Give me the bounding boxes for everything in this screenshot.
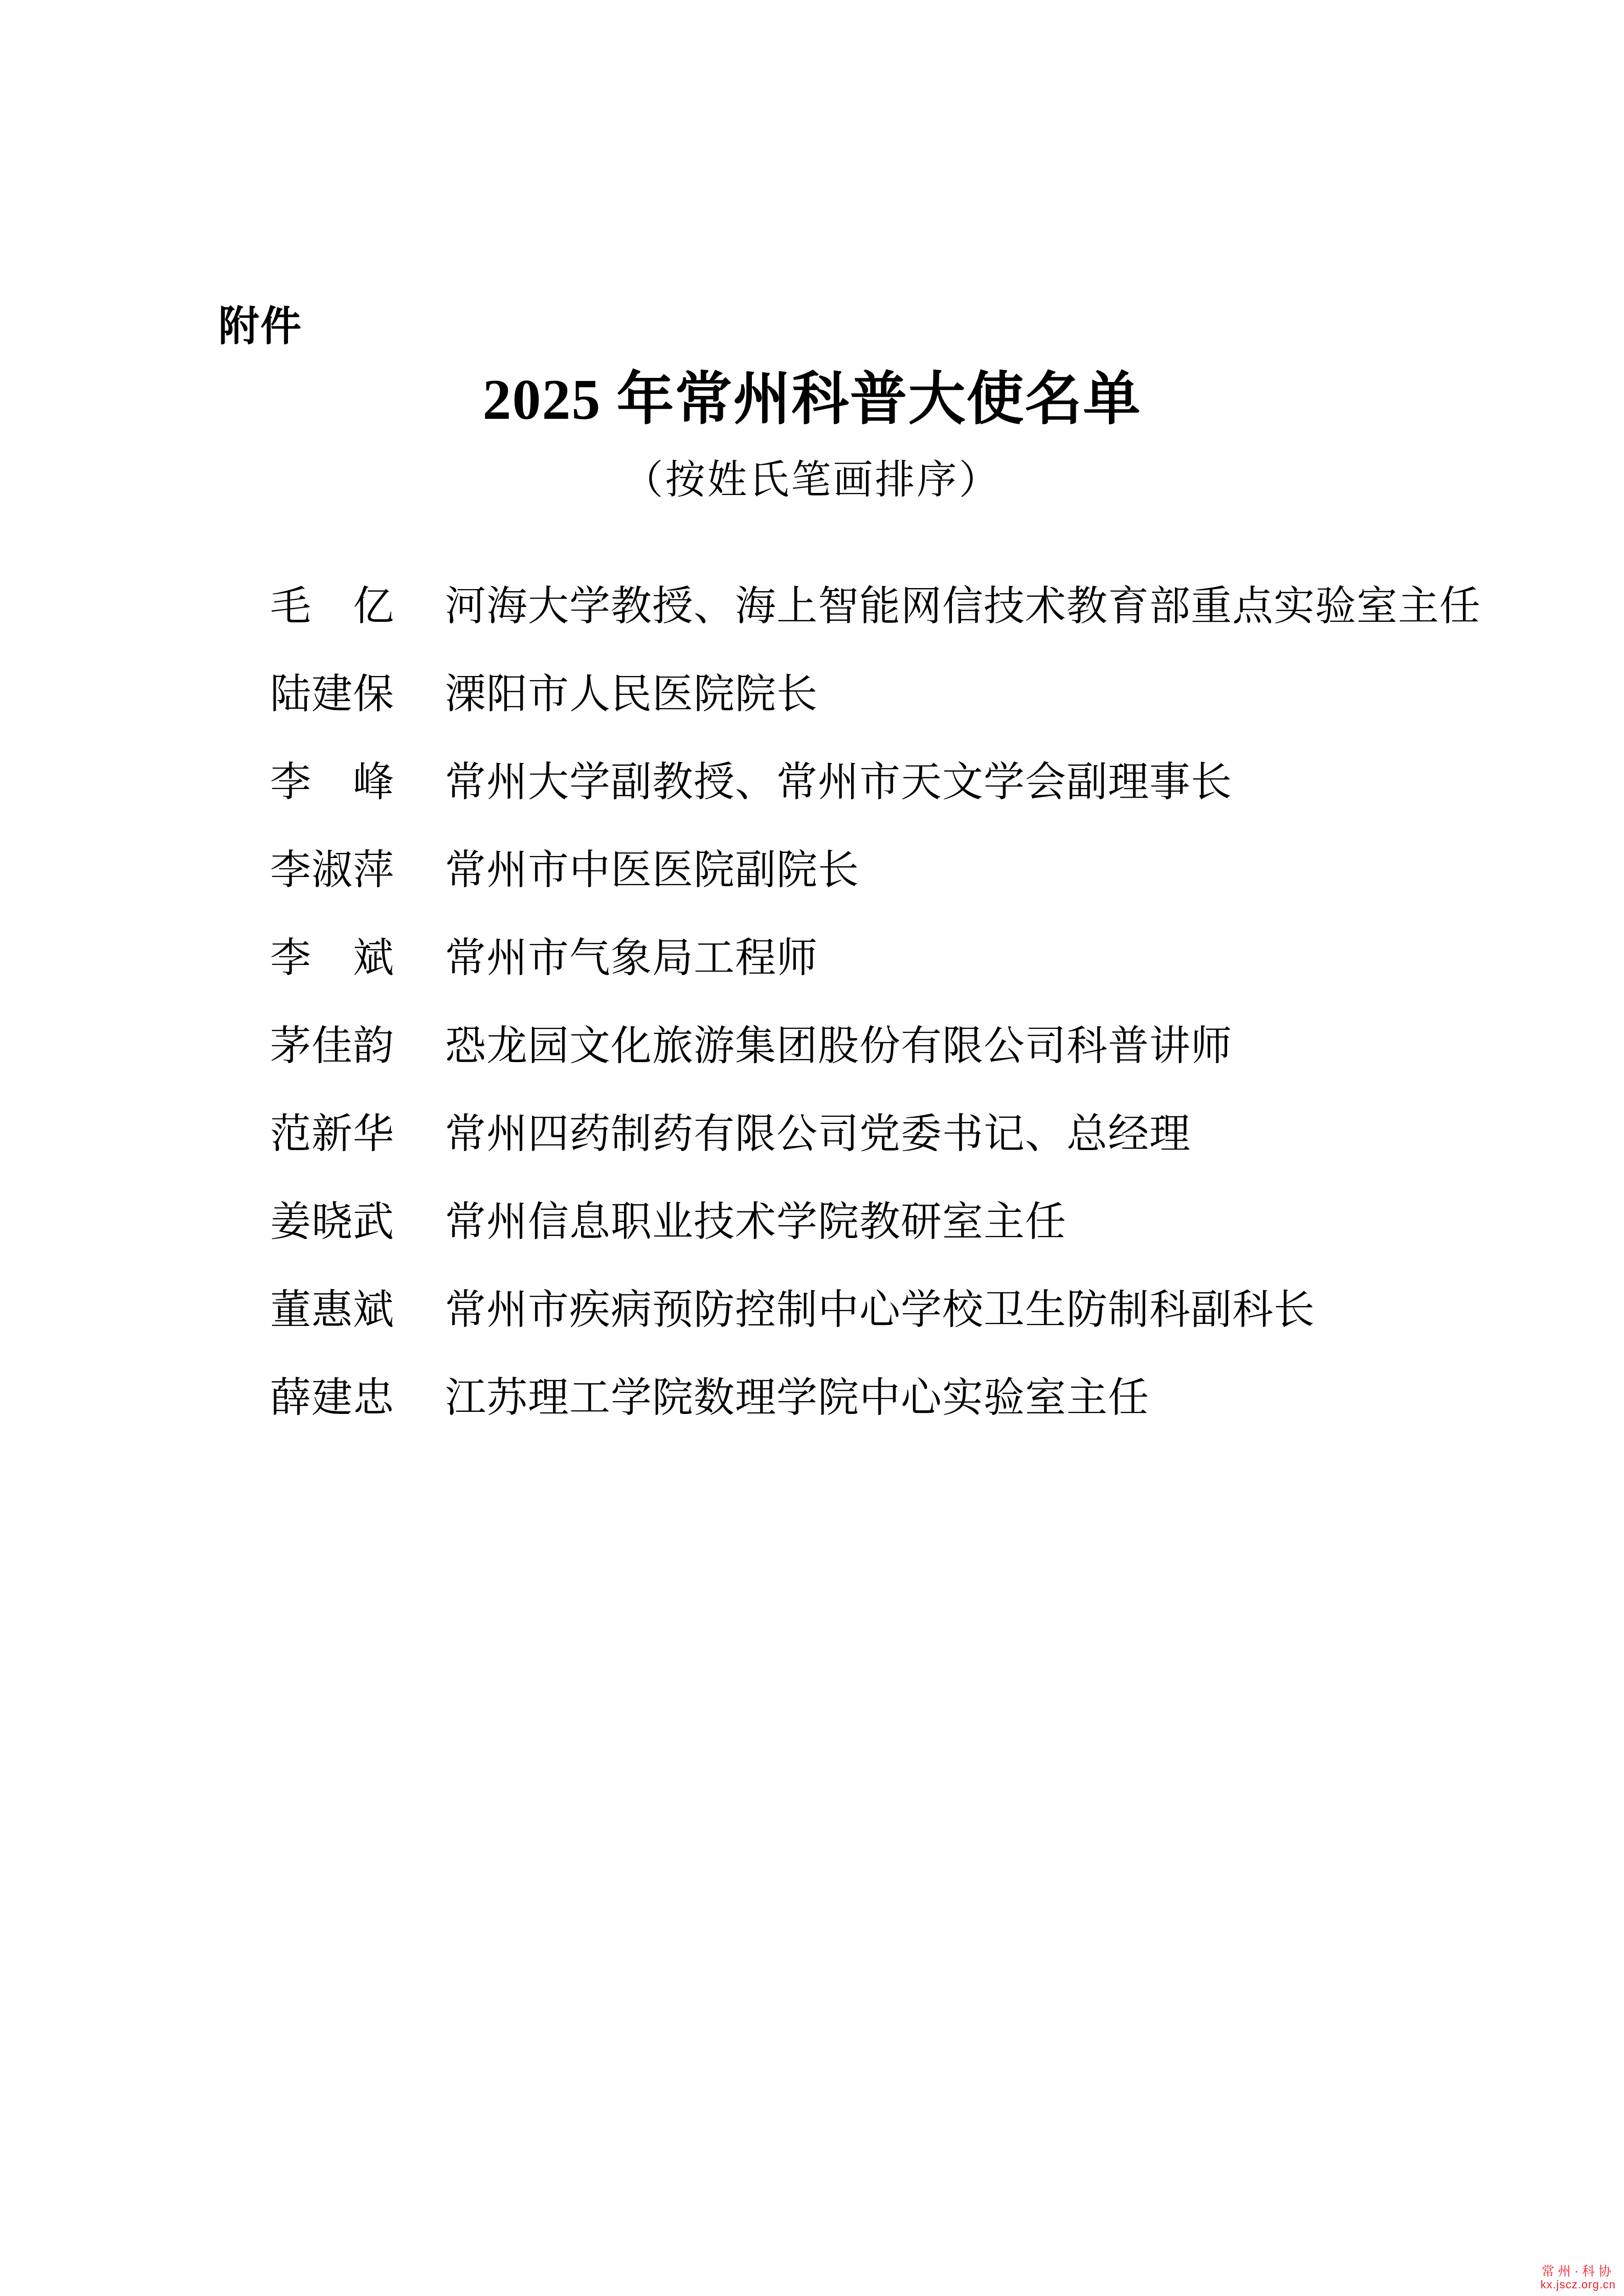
- ambassador-row: 范新华 常州四药制药有限公司党委书记、总经理: [270, 1114, 1498, 1202]
- ambassador-affiliation: 江苏理工学院数理学院中心实验室主任: [445, 1378, 1149, 1419]
- watermark-site-name: 常州·科协: [1541, 2264, 1616, 2279]
- ambassador-row: 李 斌 常州市气象局工程师: [270, 938, 1498, 1026]
- attachment-label: 附件: [218, 306, 302, 347]
- document-page: { "document": { "attachment_label": "附件"…: [0, 0, 1624, 2296]
- ambassador-name: 姜晓武: [270, 1202, 395, 1243]
- ambassador-row: 薛建忠 江苏理工学院数理学院中心实验室主任: [270, 1378, 1498, 1466]
- ambassador-row: 姜晓武 常州信息职业技术学院教研室主任: [270, 1202, 1498, 1290]
- ambassador-name: 李淑萍: [270, 850, 395, 891]
- ambassador-row: 茅佳韵 恐龙园文化旅游集团股份有限公司科普讲师: [270, 1026, 1498, 1114]
- ambassador-affiliation: 常州四药制药有限公司党委书记、总经理: [445, 1114, 1191, 1155]
- ambassador-name: 李 斌: [270, 938, 395, 979]
- ambassador-row: 董惠斌 常州市疾病预防控制中心学校卫生防制科副科长: [270, 1290, 1498, 1378]
- ambassador-name: 李 峰: [270, 762, 395, 803]
- ambassador-affiliation: 常州市疾病预防控制中心学校卫生防制科副科长: [445, 1290, 1315, 1331]
- ambassador-name: 范新华: [270, 1114, 395, 1155]
- ambassador-list: 毛 亿 河海大学教授、海上智能网信技术教育部重点实验室主任 陆建保 溧阳市人民医…: [270, 586, 1498, 1466]
- page-title: 2025 年常州科普大使名单: [0, 371, 1624, 429]
- ambassador-name: 茅佳韵: [270, 1026, 395, 1067]
- ambassador-row: 李淑萍 常州市中医医院副院长: [270, 850, 1498, 938]
- ambassador-row: 毛 亿 河海大学教授、海上智能网信技术教育部重点实验室主任: [270, 586, 1498, 674]
- ambassador-affiliation: 常州大学副教授、常州市天文学会副理事长: [445, 762, 1232, 803]
- ambassador-row: 陆建保 溧阳市人民医院院长: [270, 674, 1498, 762]
- ambassador-affiliation: 常州信息职业技术学院教研室主任: [445, 1202, 1066, 1243]
- watermark-site-url: kx.jscz.org.cn: [1541, 2279, 1616, 2291]
- ambassador-affiliation: 常州市中医医院副院长: [445, 850, 859, 891]
- ambassador-name: 薛建忠: [270, 1378, 395, 1419]
- page-subtitle: （按姓氏笔画排序）: [0, 460, 1624, 500]
- ambassador-row: 李 峰 常州大学副教授、常州市天文学会副理事长: [270, 762, 1498, 850]
- ambassador-name: 毛 亿: [270, 586, 395, 627]
- ambassador-affiliation: 常州市气象局工程师: [445, 938, 818, 979]
- watermark: 常州·科协 kx.jscz.org.cn: [1541, 2264, 1616, 2291]
- ambassador-affiliation: 恐龙园文化旅游集团股份有限公司科普讲师: [445, 1026, 1232, 1067]
- ambassador-affiliation: 溧阳市人民医院院长: [445, 674, 818, 715]
- ambassador-affiliation: 河海大学教授、海上智能网信技术教育部重点实验室主任: [445, 586, 1481, 627]
- ambassador-name: 陆建保: [270, 674, 395, 715]
- ambassador-name: 董惠斌: [270, 1290, 395, 1331]
